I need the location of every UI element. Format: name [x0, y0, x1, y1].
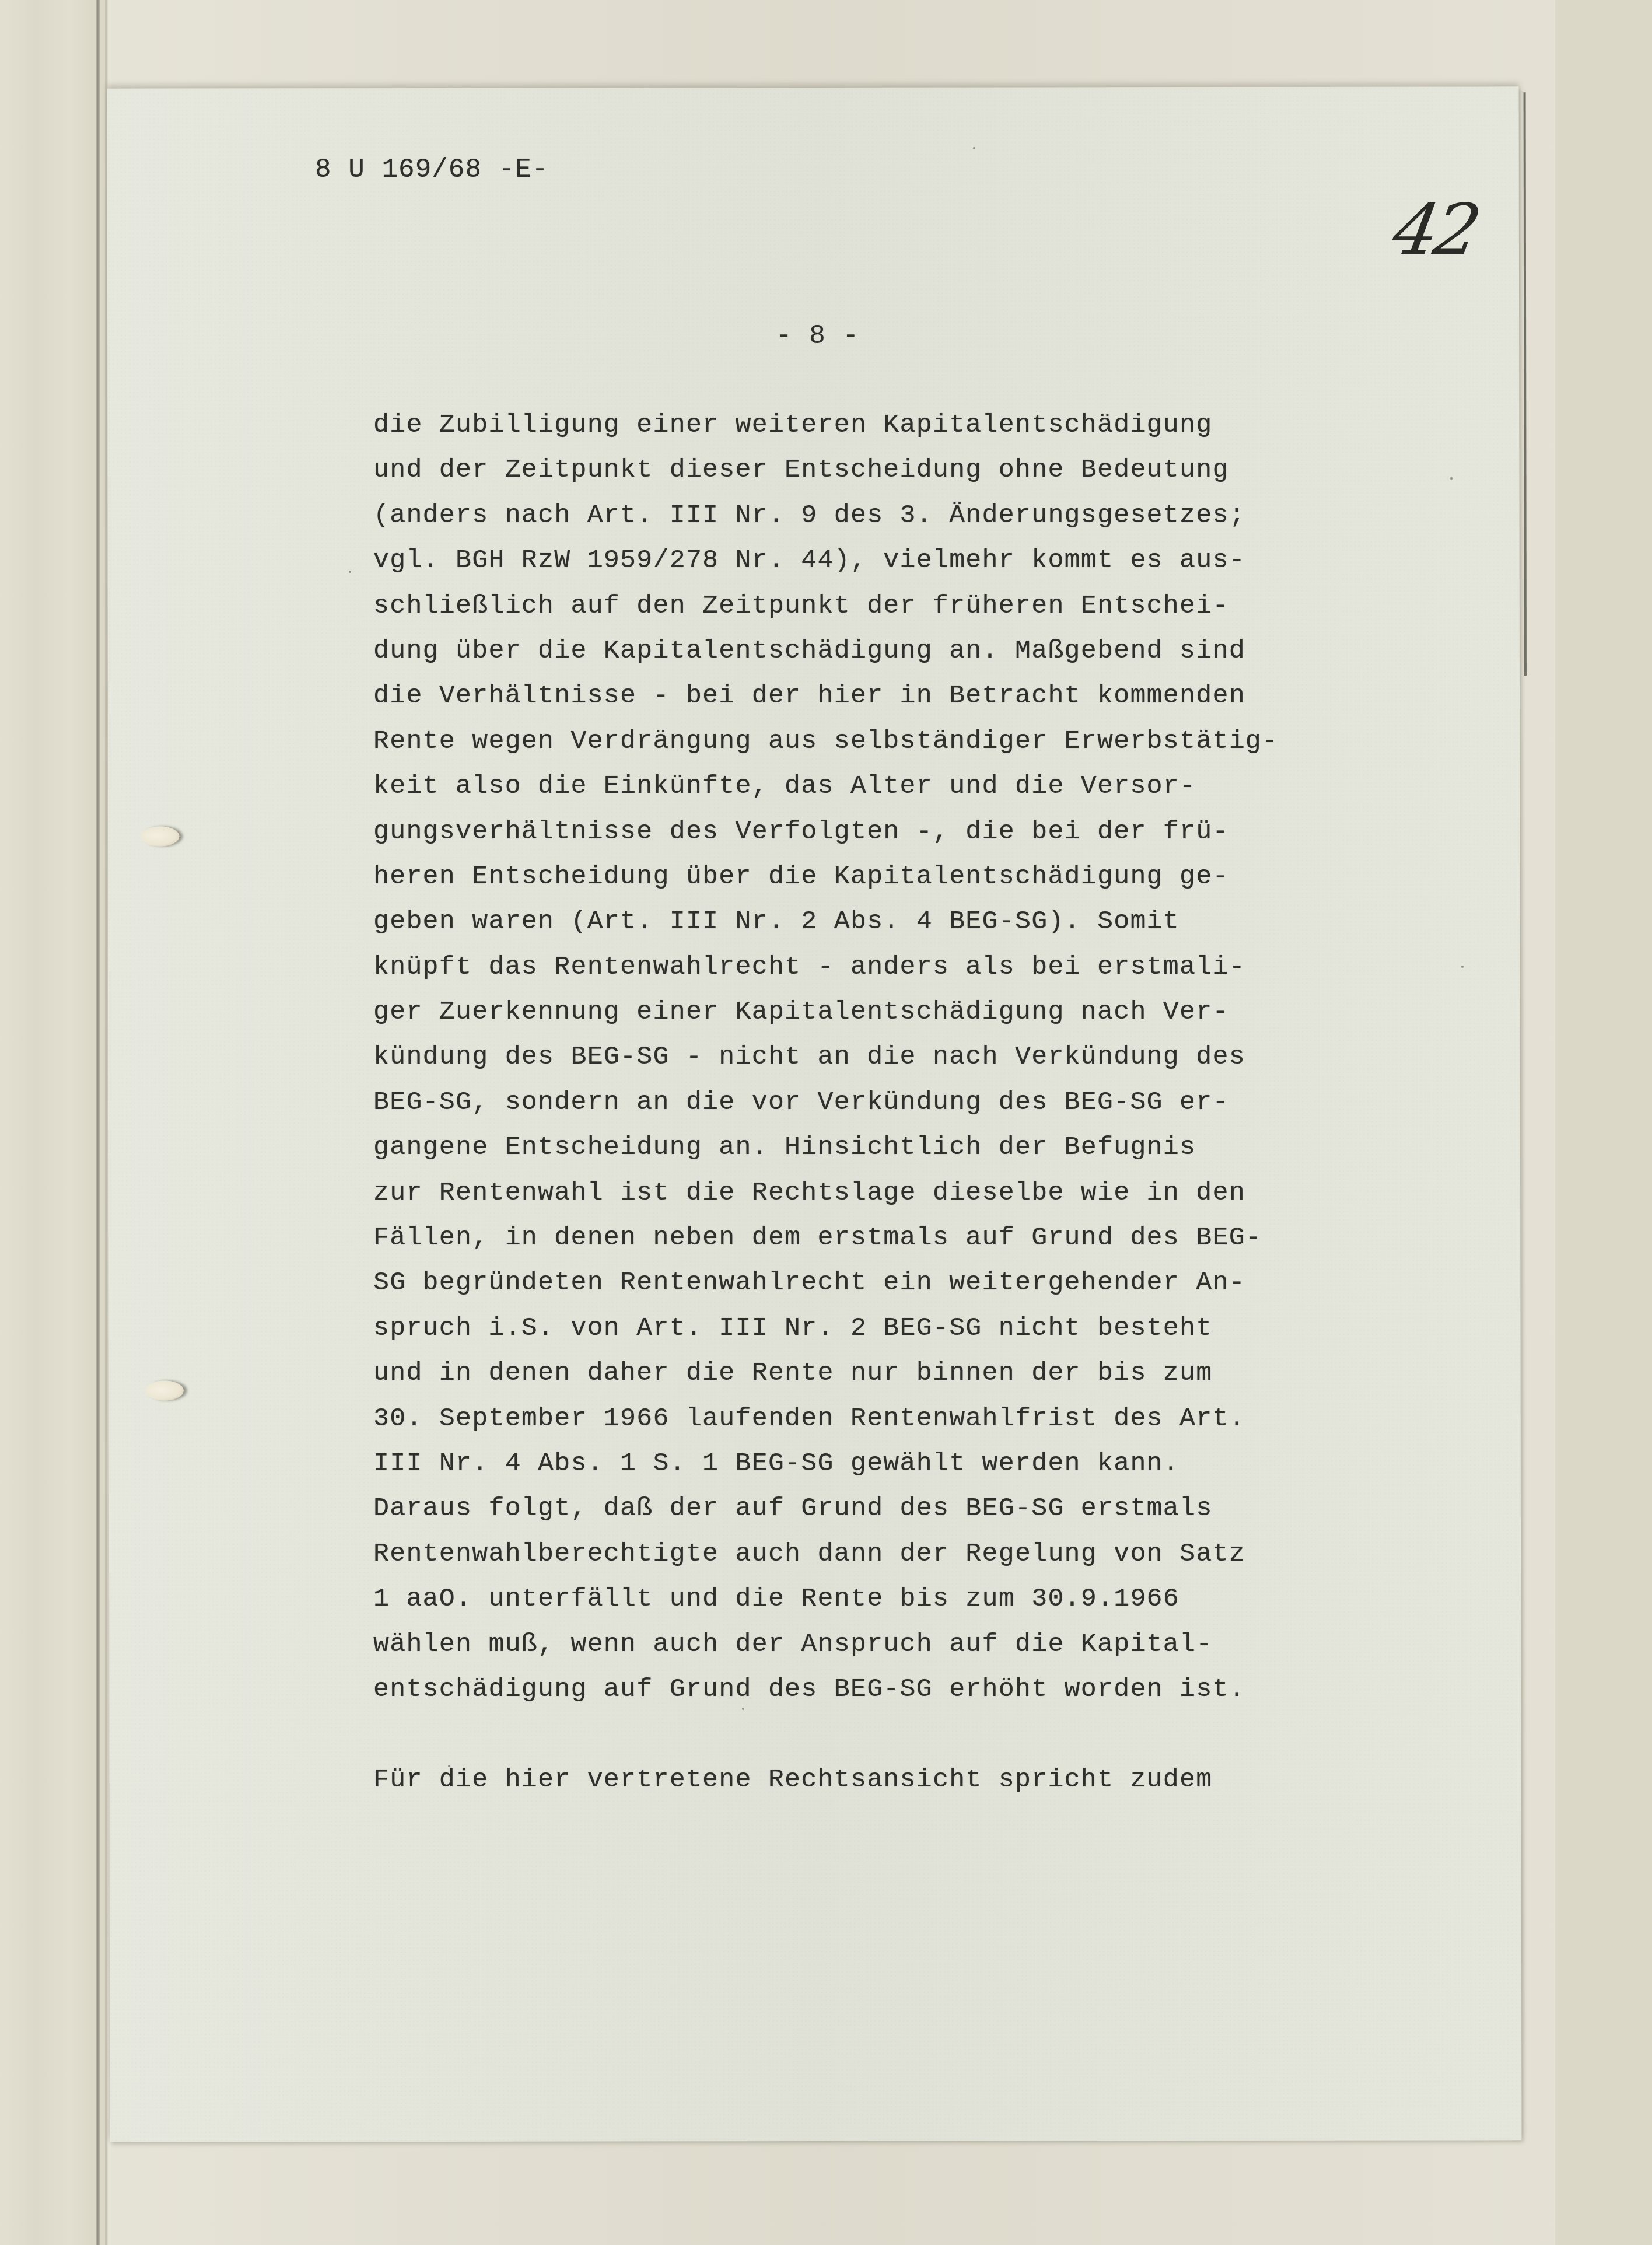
text-line: schließlich auf den Zeitpunkt der früher…: [373, 583, 1482, 628]
text-line: III Nr. 4 Abs. 1 S. 1 BEG-SG gewählt wer…: [373, 1441, 1482, 1486]
scan-speck: [742, 1708, 744, 1710]
punch-hole-icon: [141, 827, 179, 847]
text-line: wählen muß, wenn auch der Anspruch auf d…: [373, 1622, 1482, 1667]
text-line: geben waren (Art. III Nr. 2 Abs. 4 BEG-S…: [373, 899, 1482, 944]
text-line: Rente wegen Verdrängung aus selbständige…: [373, 719, 1482, 764]
text-line: und in denen daher die Rente nur binnen …: [373, 1351, 1482, 1396]
text-line: Daraus folgt, daß der auf Grund des BEG-…: [373, 1486, 1482, 1531]
text-line: die Zubilligung einer weiteren Kapitalen…: [373, 403, 1482, 447]
text-line: Rentenwahlberechtigte auch dann der Rege…: [373, 1531, 1482, 1576]
text-line: dung über die Kapitalentschädigung an. M…: [373, 628, 1482, 673]
scan-speck: [1450, 477, 1452, 480]
text-line: BEG-SG, sondern an die vor Verkündung de…: [373, 1080, 1482, 1125]
text-line: SG begründeten Rentenwahlrecht ein weite…: [373, 1260, 1482, 1305]
scan-speck: [1461, 966, 1464, 968]
document-body: die Zubilligung einer weiteren Kapitalen…: [373, 403, 1482, 1803]
text-line: entschädigung auf Grund des BEG-SG erhöh…: [373, 1667, 1482, 1712]
text-line: Für die hier vertretene Rechtsansicht sp…: [373, 1757, 1482, 1802]
paragraph: Für die hier vertretene Rechtsansicht sp…: [373, 1757, 1482, 1802]
scan-speck: [448, 1765, 450, 1767]
text-line: ger Zuerkennung einer Kapitalentschädigu…: [373, 989, 1482, 1034]
text-line: gangene Entscheidung an. Hinsichtlich de…: [373, 1125, 1482, 1170]
text-line: zur Rentenwahl ist die Rechtslage diesel…: [373, 1170, 1482, 1215]
scan-speck: [973, 147, 975, 149]
scan-speck: [349, 571, 351, 573]
binder-edge-inner: [105, 0, 107, 2245]
text-line: vgl. BGH RzW 1959/278 Nr. 44), vielmehr …: [373, 538, 1482, 583]
text-line: kündung des BEG-SG - nicht an die nach V…: [373, 1034, 1482, 1079]
text-line: 1 aaO. unterfällt und die Rente bis zum …: [373, 1576, 1482, 1621]
handwritten-folio-number: 42: [1387, 190, 1483, 271]
text-line: (anders nach Art. III Nr. 9 des 3. Änder…: [373, 493, 1482, 538]
text-line: keit also die Einkünfte, das Alter und d…: [373, 764, 1482, 809]
paragraph: die Zubilligung einer weiteren Kapitalen…: [373, 403, 1482, 1712]
case-reference: 8 U 169/68 -E-: [315, 155, 548, 185]
text-line: 30. September 1966 laufenden Rentenwahlf…: [373, 1396, 1482, 1441]
text-line: die Verhältnisse - bei der hier in Betra…: [373, 673, 1482, 718]
text-line: Fällen, in denen neben dem erstmals auf …: [373, 1215, 1482, 1260]
binder-edge: [96, 0, 100, 2245]
paragraph-gap: [373, 1712, 1482, 1757]
text-line: gungsverhältnisse des Verfolgten -, die …: [373, 809, 1482, 854]
text-line: heren Entscheidung über die Kapitalentsc…: [373, 854, 1482, 899]
page-number: - 8 -: [776, 321, 859, 351]
punch-hole-icon: [145, 1381, 184, 1401]
text-line: spruch i.S. von Art. III Nr. 2 BEG-SG ni…: [373, 1306, 1482, 1351]
text-line: und der Zeitpunkt dieser Entscheidung oh…: [373, 447, 1482, 492]
text-line: knüpft das Rentenwahlrecht - anders als …: [373, 945, 1482, 989]
